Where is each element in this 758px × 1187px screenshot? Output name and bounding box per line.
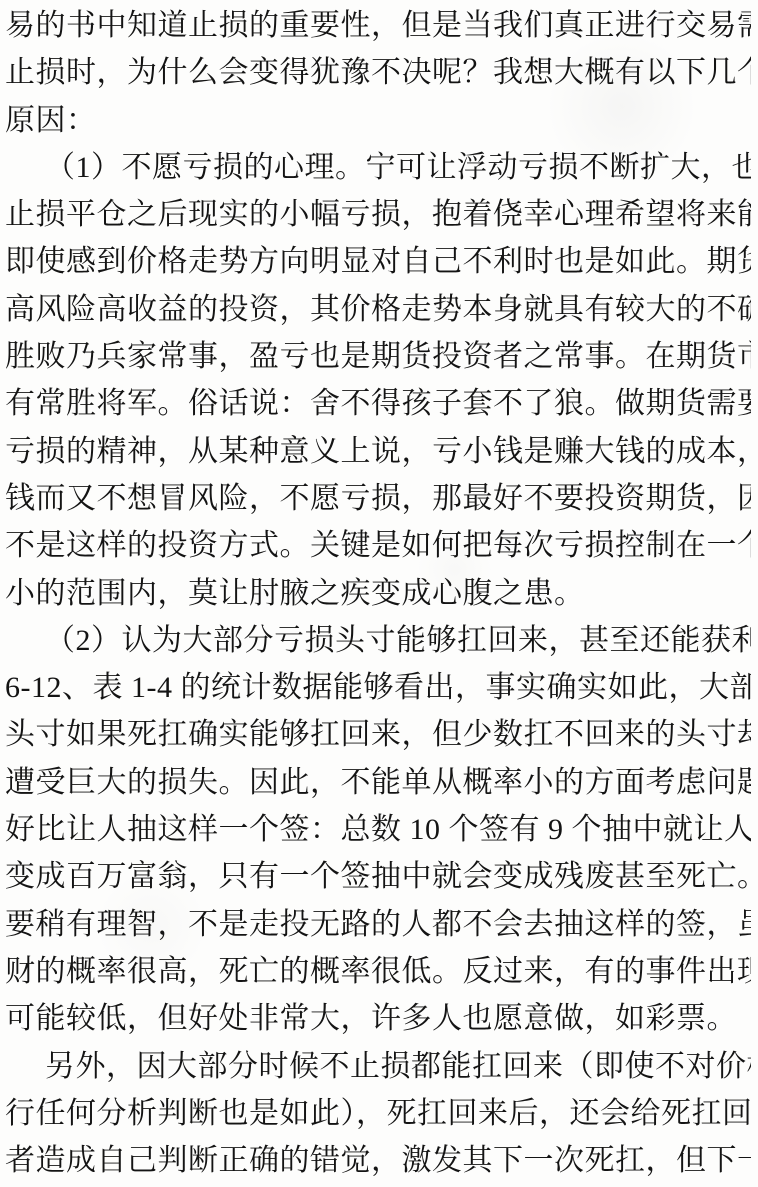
text-line: （2）认为大部分亏损头寸能够扛回来，甚至还能获利。从表 xyxy=(5,617,751,664)
text-line: 胜败乃兵家常事，盈亏也是期货投资者之常事。在期货市场上没 xyxy=(5,333,751,380)
text-line: 行任何分析判断也是如此），死扛回来后，还会给死扛回来的交易 xyxy=(5,1090,751,1137)
book-page: 易的书中知道止损的重要性，但是当我们真正进行交易需要及时止损时，为什么会变得犹豫… xyxy=(0,0,758,1187)
text-line: 头寸如果死扛确实能够扛回来，但少数扛不回来的头寸却会让人 xyxy=(5,711,751,758)
text-line: 6-12、表 1-4 的统计数据能够看出，事实确实如此，大部分的亏损 xyxy=(5,664,751,711)
text-line: 者造成自己判断正确的错觉，激发其下一次死扛，但下一次幸运 xyxy=(5,1137,751,1184)
text-line: 可能较低，但好处非常大，许多人也愿意做，如彩票。 xyxy=(5,995,751,1042)
text-line: 高风险高收益的投资，其价格走势本身就具有较大的不确定性， xyxy=(5,286,751,333)
text-line: 要稍有理智，不是走投无路的人都不会去抽这样的签，虽然其发 xyxy=(5,901,751,948)
text-line: 即使感到价格走势方向明显对自己不利时也是如此。期货投资是 xyxy=(5,238,751,285)
text-line: 钱而又不想冒风险，不愿亏损，那最好不要投资期货，因为期货 xyxy=(5,475,751,522)
text-line: 止损平仓之后现实的小幅亏损，抱着侥幸心理希望将来能扛回来， xyxy=(5,191,751,238)
text-line: 另外，因大部分时候不止损都能扛回来（即使不对价格走势进 xyxy=(5,1043,751,1090)
text-line: 小的范围内，莫让肘腋之疾变成心腹之患。 xyxy=(5,570,751,617)
text-line: 好比让人抽这样一个签：总数 10 个签有 9 个抽中就让人一夜之间 xyxy=(5,806,751,853)
text-line: 不是这样的投资方式。关键是如何把每次亏损控制在一个相对较 xyxy=(5,522,751,569)
text-line: （1）不愿亏损的心理。宁可让浮动亏损不断扩大，也不能接受 xyxy=(5,144,751,191)
text-line: 原因： xyxy=(5,97,751,144)
text-line: 变成百万富翁，只有一个签抽中就会变成残废甚至死亡。我想只 xyxy=(5,853,751,900)
text-line: 有常胜将军。俗话说：舍不得孩子套不了狼。做期货需要有敢于 xyxy=(5,380,751,427)
text-line: 止损时，为什么会变得犹豫不决呢？我想大概有以下几个方面 xyxy=(5,49,751,96)
text-line: 易的书中知道止损的重要性，但是当我们真正进行交易需要及时 xyxy=(5,2,751,49)
text-line: 遭受巨大的损失。因此，不能单从概率小的方面考虑问题，这就 xyxy=(5,759,751,806)
text-line: 财的概率很高，死亡的概率很低。反过来，有的事件出现的概率 xyxy=(5,948,751,995)
text-line: 亏损的精神，从某种意义上说，亏小钱是赚大钱的成本，只想挣 xyxy=(5,428,751,475)
